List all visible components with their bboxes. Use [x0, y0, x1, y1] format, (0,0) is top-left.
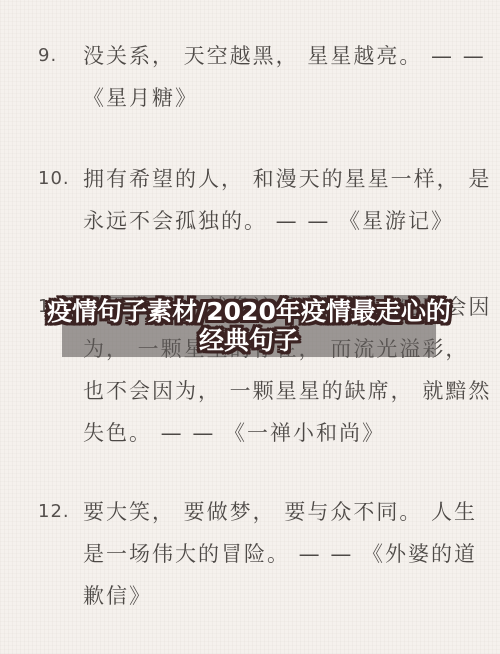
quote-line: 拥有希望的人， 和漫天的星星一样， 是 — [83, 158, 495, 200]
quote-line: 要大笑， 要做梦， 要与众不同。 人生 — [83, 491, 495, 533]
quote-line: 失色。 — — 《一禅小和尚》 — [83, 412, 495, 454]
quote-line: 是一场伟大的冒险。 — — 《外婆的道 — [83, 533, 495, 575]
title-overlay-banner: 疫情句子素材/2020年疫情最走心的 经典句子 — [62, 295, 436, 357]
quote-line: 没关系， 天空越黑， 星星越亮。 — — — [83, 35, 495, 77]
overlay-title-line-1: 疫情句子素材/2020年疫情最走心的 — [47, 297, 451, 326]
quote-line: 永远不会孤独的。 — — 《星游记》 — [83, 200, 495, 242]
quote-text: 没关系， 天空越黑， 星星越亮。 — — 《星月糖》 — [83, 35, 495, 119]
quote-number: 9. — [38, 35, 57, 77]
quote-text: 拥有希望的人， 和漫天的星星一样， 是 永远不会孤独的。 — — 《星游记》 — [83, 158, 495, 242]
quotes-page: 9. 没关系， 天空越黑， 星星越亮。 — — 《星月糖》 10. 拥有希望的人… — [0, 0, 500, 654]
quote-line: 歉信》 — [83, 575, 495, 617]
overlay-title-line-2: 经典句子 — [199, 326, 299, 355]
quote-number: 10. — [38, 158, 70, 200]
quote-text: 要大笑， 要做梦， 要与众不同。 人生 是一场伟大的冒险。 — — 《外婆的道 … — [83, 491, 495, 617]
quote-number: 12. — [38, 491, 70, 533]
quote-line: 《星月糖》 — [83, 77, 495, 119]
quote-line: 也不会因为， 一颗星星的缺席， 就黯然 — [83, 370, 495, 412]
